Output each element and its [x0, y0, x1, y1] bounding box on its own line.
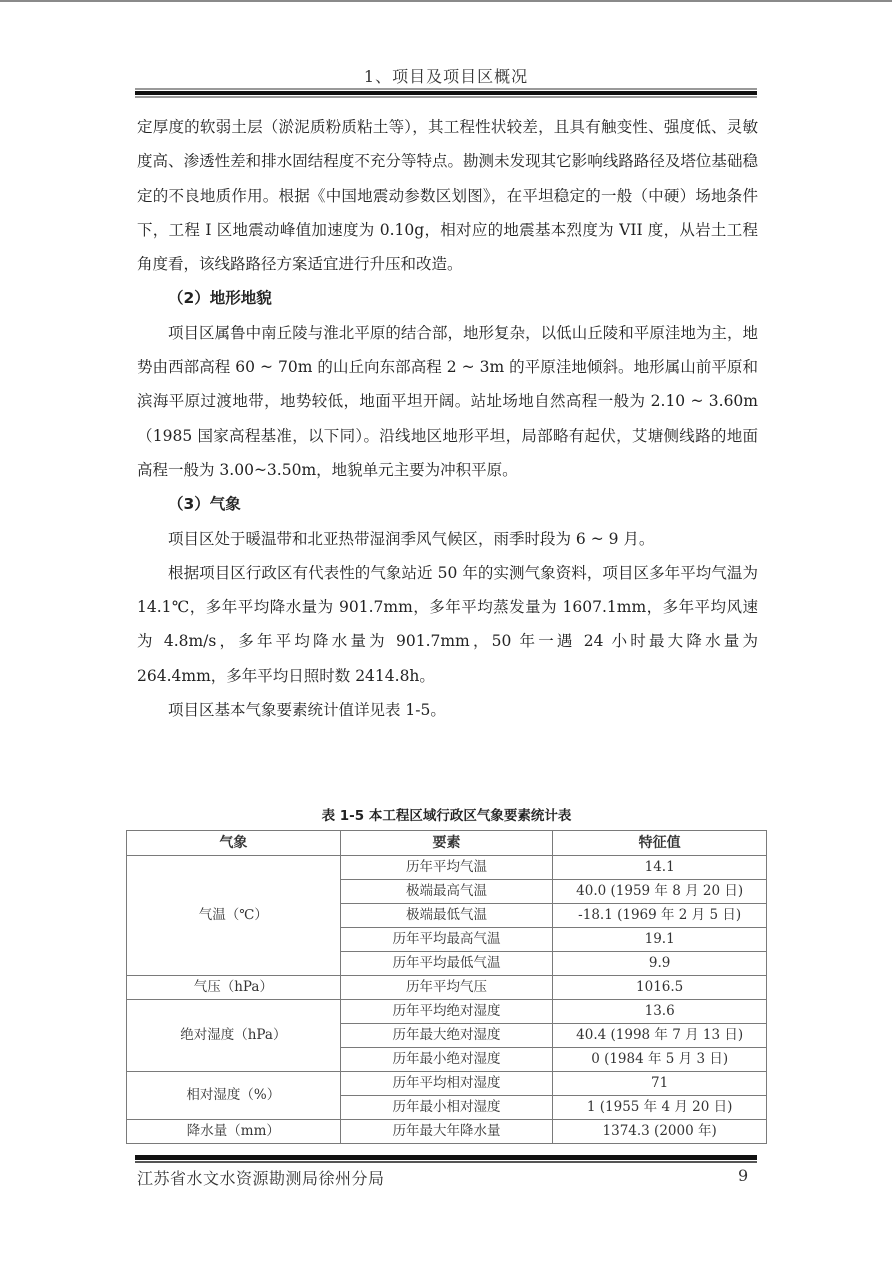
value-cell: 1016.5: [553, 976, 767, 1000]
column-header-value: 特征值: [553, 831, 767, 856]
table-header-row: 气象 要素 特征值: [127, 831, 767, 856]
value-cell: 19.1: [553, 928, 767, 952]
running-header-title: 1、项目及项目区概况: [135, 64, 757, 87]
category-cell-absolute-humidity: 绝对湿度（hPa）: [127, 1000, 341, 1072]
column-header-category: 气象: [127, 831, 341, 856]
header-rule: [135, 88, 757, 98]
value-cell: 9.9: [553, 952, 767, 976]
category-cell-temperature: 气温（℃）: [127, 856, 341, 976]
value-cell: 14.1: [553, 856, 767, 880]
element-cell: 历年平均绝对湿度: [340, 1000, 553, 1024]
element-cell: 历年平均气压: [340, 976, 553, 1000]
value-cell: 0 (1984 年 5 月 3 日): [553, 1048, 767, 1072]
value-cell: -18.1 (1969 年 2 月 5 日): [553, 904, 767, 928]
paragraph-table-ref: 项目区基本气象要素统计值详见表 1-5。: [137, 693, 758, 727]
category-cell-precipitation: 降水量（mm）: [127, 1120, 341, 1144]
table-row: 气温（℃） 历年平均气温 14.1: [127, 856, 767, 880]
element-cell: 历年最大绝对湿度: [340, 1024, 553, 1048]
footer-organization: 江苏省水文水资源勘测局徐州分局: [137, 1166, 385, 1189]
value-cell: 40.4 (1998 年 7 月 13 日): [553, 1024, 767, 1048]
element-cell: 历年平均最低气温: [340, 952, 553, 976]
table-row: 相对湿度（%） 历年平均相对湿度 71: [127, 1072, 767, 1096]
table-row: 绝对湿度（hPa） 历年平均绝对湿度 13.6: [127, 1000, 767, 1024]
category-cell-relative-humidity: 相对湿度（%）: [127, 1072, 341, 1120]
category-cell-pressure: 气压（hPa）: [127, 976, 341, 1000]
column-header-element: 要素: [340, 831, 553, 856]
climate-stats-table: 气象 要素 特征值 气温（℃） 历年平均气温 14.1 极端最高气温 40.0 …: [126, 830, 767, 1144]
paragraph-terrain: 项目区属鲁中南丘陵与淮北平原的结合部，地形复杂，以低山丘陵和平原洼地为主，地势由…: [137, 316, 758, 487]
table-row: 降水量（mm） 历年最大年降水量 1374.3 (2000 年): [127, 1120, 767, 1144]
value-cell: 1374.3 (2000 年): [553, 1120, 767, 1144]
page-top-edge: [0, 0, 892, 2]
element-cell: 历年平均最高气温: [340, 928, 553, 952]
page-number: 9: [738, 1166, 748, 1185]
paragraph-geology: 定厚度的软弱土层（淤泥质粉质粘土等），其工程性状较差，且具有触变性、强度低、灵敏…: [137, 110, 758, 281]
table-caption: 表 1-5 本工程区域行政区气象要素统计表: [126, 804, 767, 824]
element-cell: 极端最高气温: [340, 880, 553, 904]
element-cell: 极端最低气温: [340, 904, 553, 928]
value-cell: 1 (1955 年 4 月 20 日): [553, 1096, 767, 1120]
element-cell: 历年平均气温: [340, 856, 553, 880]
element-cell: 历年最小相对湿度: [340, 1096, 553, 1120]
section-heading-terrain: （2）地形地貌: [137, 281, 758, 315]
footer-rule: [135, 1155, 757, 1163]
element-cell: 历年最大年降水量: [340, 1120, 553, 1144]
table-row: 气压（hPa） 历年平均气压 1016.5: [127, 976, 767, 1000]
value-cell: 13.6: [553, 1000, 767, 1024]
paragraph-climate-stats: 根据项目区行政区有代表性的气象站近 50 年的实测气象资料，项目区多年平均气温为…: [137, 556, 758, 693]
section-heading-climate: （3）气象: [137, 487, 758, 521]
element-cell: 历年最小绝对湿度: [340, 1048, 553, 1072]
value-cell: 71: [553, 1072, 767, 1096]
element-cell: 历年平均相对湿度: [340, 1072, 553, 1096]
body-text: 定厚度的软弱土层（淤泥质粉质粘土等），其工程性状较差，且具有触变性、强度低、灵敏…: [137, 110, 758, 727]
value-cell: 40.0 (1959 年 8 月 20 日): [553, 880, 767, 904]
paragraph-climate-zone: 项目区处于暖温带和北亚热带湿润季风气候区，雨季时段为 6 ~ 9 月。: [137, 522, 758, 556]
